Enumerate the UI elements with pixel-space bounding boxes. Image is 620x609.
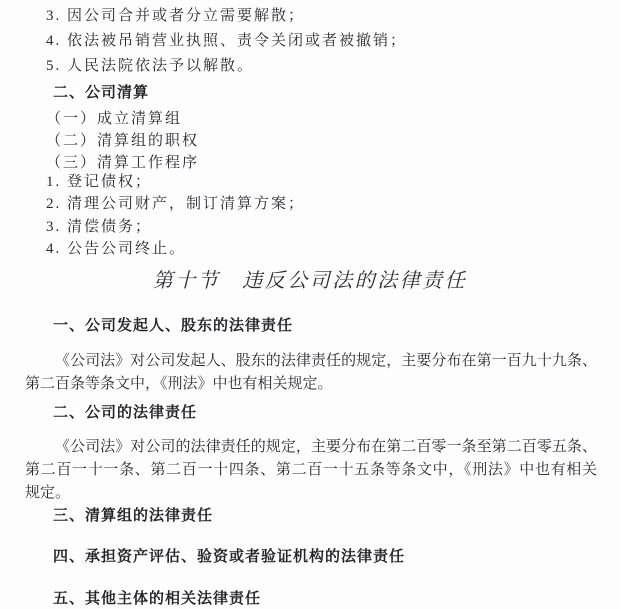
subsection-heading: 五、其他主体的相关法律责任	[53, 590, 261, 608]
paragraph-line: 规定。	[25, 482, 597, 505]
subsection-heading: 一、公司发起人、股东的法律责任	[53, 317, 293, 335]
list-item: 2. 清理公司财产，制订清算方案；	[46, 195, 305, 213]
paragraph: 《公司法》对公司的法律责任的规定，主要分布在第二百零一条至第二百零五条、 第二百…	[25, 436, 597, 505]
subsection-heading: 三、清算组的法律责任	[53, 507, 213, 525]
list-item: 4. 公告公司终止。	[46, 240, 186, 258]
section-number: 第十节	[153, 270, 221, 292]
sub-heading: （三）清算工作程序	[46, 154, 199, 172]
list-item: 3. 因公司合并或者分立需要解散；	[46, 7, 305, 25]
list-item: 3. 清偿债务；	[46, 218, 152, 236]
section-name: 违反公司法的法律责任	[242, 270, 467, 292]
paragraph-line: 第二百条等条文中，《刑法》中也有相关规定。	[25, 373, 597, 396]
document-page: 3. 因公司合并或者分立需要解散； 4. 依法被吊销营业执照、责令关闭或者被撤销…	[0, 0, 620, 609]
sub-heading: （一）成立清算组	[46, 110, 182, 128]
list-item: 5. 人民法院依法予以解散。	[46, 57, 254, 75]
subsection-heading: 二、公司的法律责任	[53, 404, 197, 422]
liquidation-heading: 二、公司清算	[53, 84, 149, 102]
paragraph: 《公司法》对公司发起人、股东的法律责任的规定，主要分布在第一百九十九条、 第二百…	[25, 350, 597, 396]
sub-heading: （二）清算组的职权	[46, 132, 199, 150]
section-title: 第十节违反公司法的法律责任	[0, 268, 620, 294]
list-item: 4. 依法被吊销营业执照、责令关闭或者被撤销；	[46, 32, 407, 50]
subsection-heading: 四、承担资产评估、验资或者验证机构的法律责任	[53, 548, 405, 566]
paragraph-line: 第二百一十一条、第二百一十四条、第二百一十五条等条文中，《刑法》中也有相关	[25, 459, 597, 482]
paragraph-line: 《公司法》对公司发起人、股东的法律责任的规定，主要分布在第一百九十九条、	[25, 350, 597, 373]
paragraph-line: 《公司法》对公司的法律责任的规定，主要分布在第二百零一条至第二百零五条、	[25, 436, 597, 459]
list-item: 1. 登记债权；	[46, 173, 152, 191]
